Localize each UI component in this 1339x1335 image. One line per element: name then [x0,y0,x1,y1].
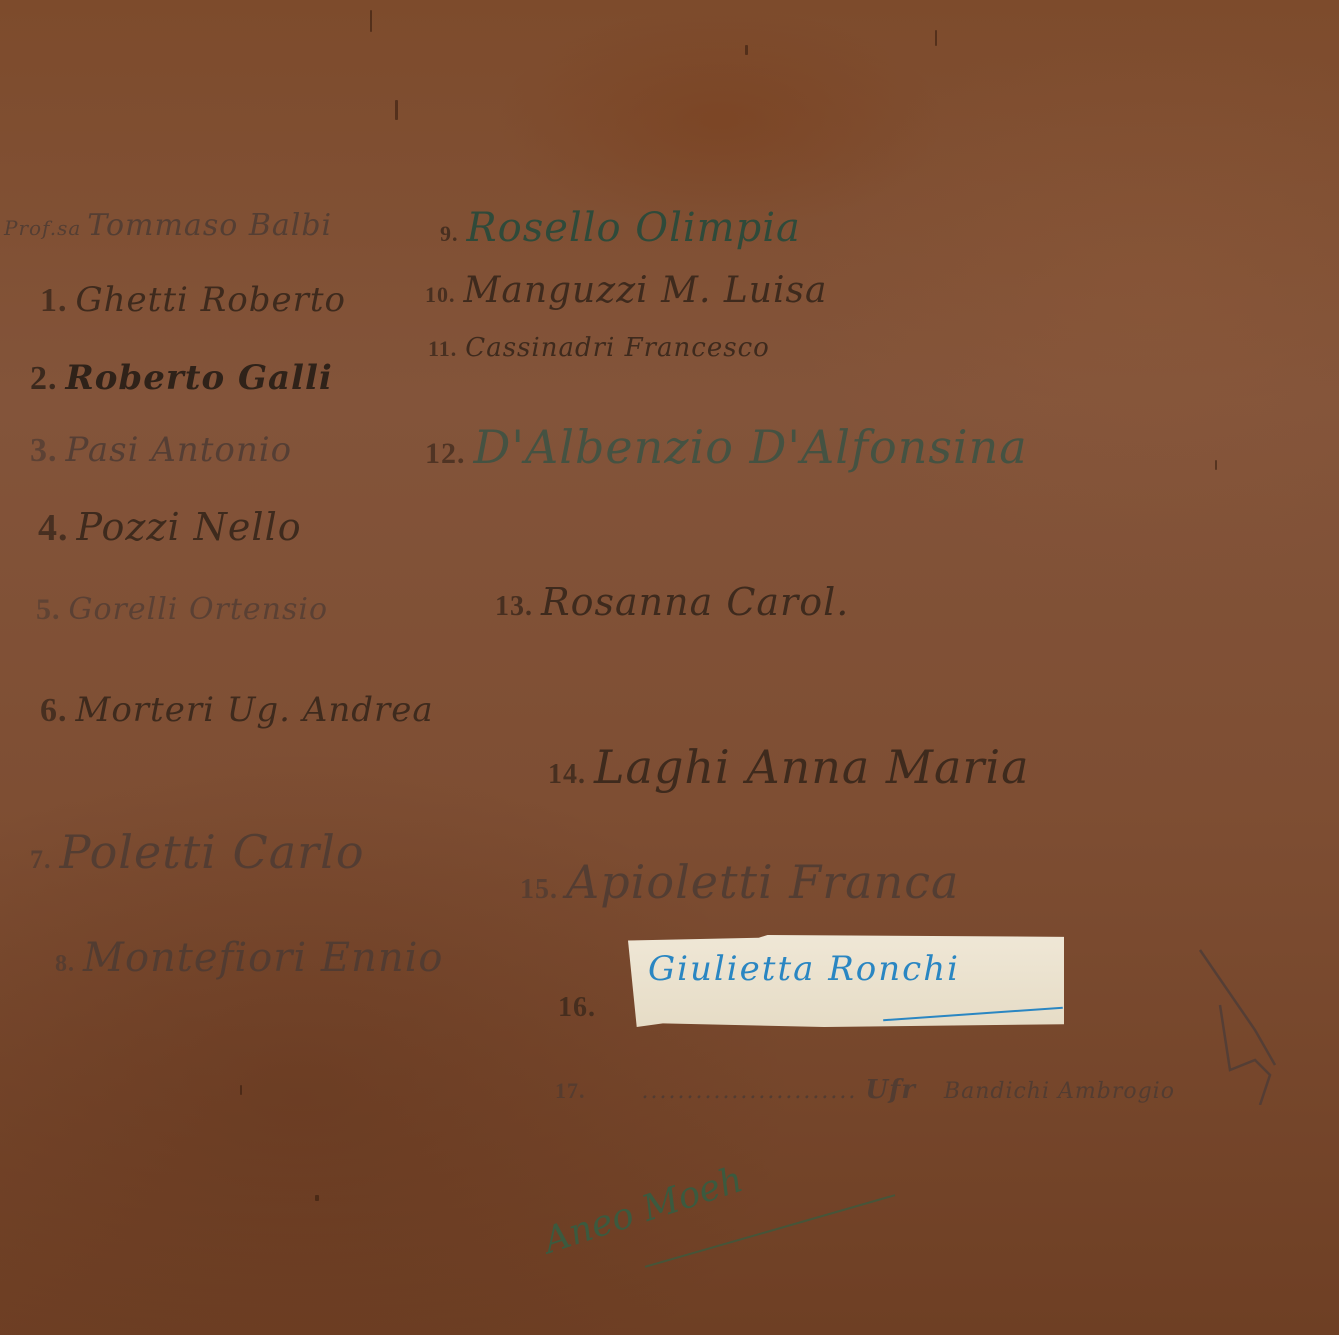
item-name: Bandichi Ambrogio [944,1079,1175,1104]
item-name: Rosanna Carol. [541,580,849,624]
list-item: 10.Manguzzi M. Luisa [425,270,827,311]
header-prefix: Prof.sa [4,216,81,240]
item-name: Gorelli Ortensio [69,592,329,627]
pencil-check-mark-icon [1195,945,1285,1105]
item-number: 6. [40,692,68,729]
list-item: 6.Morteri Ug. Andrea [40,690,434,730]
item-number: 8. [55,951,75,977]
item-number: 16. [558,992,596,1023]
list-item: 9.Rosello Olimpia [440,205,801,251]
paper-speck [240,1085,242,1095]
item-name: Pasi Antonio [66,430,293,470]
paper-speck [745,45,748,55]
item-name: Ghetti Roberto [76,280,347,320]
item-number: 7. [30,845,52,874]
list-item: 2.Roberto Galli [30,358,333,398]
item-name: Laghi Anna Maria [594,740,1030,794]
list-item: 1.Ghetti Roberto [40,280,346,320]
paper-speck [370,10,372,32]
item-name: Cassinadri Francesco [465,333,770,363]
item-name: Rosello Olimpia [467,205,801,251]
item-name: Morteri Ug. Andrea [76,690,434,730]
item-name: Montefiori Ennio [83,935,443,981]
list-item-number-16: 16. [558,990,604,1024]
list-item: 3.Pasi Antonio [30,430,292,470]
item-name: D'Albenzio D'Alfonsina [474,420,1028,474]
cardboard-document: Prof.saTommaso Balbi 1.Ghetti Roberto 2.… [0,0,1339,1335]
item-number: 10. [425,282,456,307]
item-name: Manguzzi M. Luisa [464,270,828,311]
item-number: 3. [30,432,58,469]
item-number: 14. [548,759,586,790]
list-item: 8.Montefiori Ennio [55,935,443,981]
list-item: 15.Apioletti Franca [520,855,959,909]
item-number: 4. [38,507,69,549]
list-item: 17. ........................ Ufr Bandich… [555,1075,1175,1105]
header-line: Prof.saTommaso Balbi [4,208,332,243]
paper-speck [1215,460,1217,470]
list-item: 4.Pozzi Nello [38,505,302,550]
item-number: 17. [555,1078,586,1103]
paper-speck [315,1195,319,1201]
item-name: Poletti Carlo [60,825,365,879]
header-name: Tommaso Balbi [87,208,332,243]
list-item: 12.D'Albenzio D'Alfonsina [425,420,1028,474]
list-item: 5.Gorelli Ortensio [36,592,328,627]
item-name: Roberto Galli [66,358,333,398]
item-number: 5. [36,593,61,626]
item-name: Pozzi Nello [77,505,302,549]
pasted-paper-label: Giulietta Ronchi [628,935,1064,1027]
item-number: 1. [40,282,68,319]
item-number: 13. [495,591,533,622]
signature-underline [883,1007,1063,1022]
paper-speck [935,30,937,46]
list-item: 7.Poletti Carlo [30,825,365,879]
item-name: Apioletti Franca [566,855,959,909]
list-item: 13.Rosanna Carol. [495,580,849,624]
item-number: 15. [520,874,558,905]
item-number: 11. [428,336,457,361]
list-item: 11.Cassinadri Francesco [428,333,770,363]
item-number: 9. [440,221,459,246]
dotted-line: ........................ [642,1079,858,1104]
item-prefix-mark: Ufr [865,1075,916,1105]
list-item: 14.Laghi Anna Maria [548,740,1030,794]
label-signature: Giulietta Ronchi [648,949,960,989]
label-name: Giulietta Ronchi [648,949,960,989]
paper-speck [395,100,398,120]
item-number: 2. [30,360,58,397]
item-number: 12. [425,437,466,470]
